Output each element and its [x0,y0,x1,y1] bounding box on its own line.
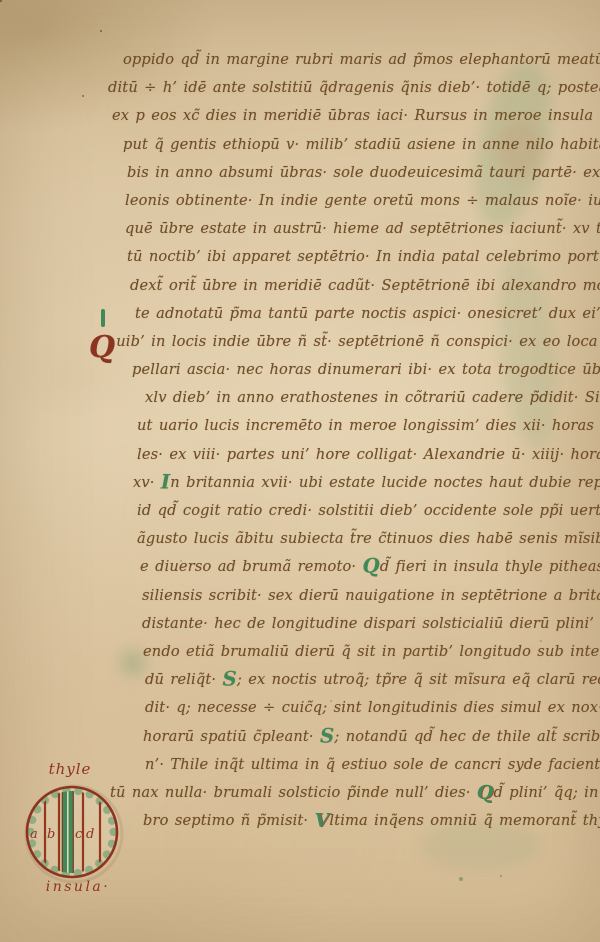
line-text: ãgusto lucis ãbitu subiecta t̃re c̃tinuo… [137,530,600,547]
zone-letter-a: a [30,827,38,842]
manuscript-line: dit· q; necesse ÷ cuic̃q; sint longitudi… [145,694,586,722]
line-text: uib’ in locis indie ūbre ñ st̃· septētri… [116,333,600,350]
line-text: endo etiã brumaliū dierū q̃ sit in parti… [143,643,600,660]
line-text: xlv dieb’ in anno erathostenes in cõtrar… [145,389,600,406]
manuscript-line: Quib’ in locis indie ūbre ñ st̃· septētr… [100,328,586,356]
line-text: ; notandū qd̃ hec de thile alt̃ scribit … [334,728,600,745]
line-text: id qd̃ cogit ratio credi· solstitii dieb… [137,502,600,519]
line-text: ; ex noctis utroq̃; tp̃re q̃ sit mĩsura … [237,671,600,688]
manuscript-page: oppido qd̃ in margine rubri maris ad p̃m… [0,0,600,942]
text-block: oppido qd̃ in margine rubri maris ad p̃m… [100,46,586,835]
manuscript-line: leonis obtinente· In indie gente oretū m… [125,187,586,215]
manuscript-line: tū noctib’ ibi apparet septētrio· In ind… [127,243,586,271]
line-text: ltima inq̃ens omniū q̃ memorant̃ thyle [329,812,600,829]
manuscript-line: e diuerso ad brumã remoto· Qd̃ fieri in … [140,553,586,581]
line-text: ditū ÷ h’ idē ante solstitiū q̃dragenis … [108,79,600,96]
manuscript-line: id qd̃ cogit ratio credi· solstitii dieb… [137,497,586,525]
manuscript-line: bro septimo ñ p̃misit· Vltima inq̃ens om… [143,807,586,835]
manuscript-line: bis in anno absumi ūbras· sole duodeuice… [127,159,586,187]
thyle-island-diagram: a b c d thyle insula· [16,748,132,914]
line-text: siliensis scribit· sex dierū nauigatione… [142,587,600,604]
manuscript-line: distante· hec de longitudine dispari sol… [142,610,586,638]
ink-specks [0,0,2,2]
manuscript-line: horarū spatiū c̃pleant· S; notandū qd̃ h… [143,723,586,751]
line-text: distante· hec de longitudine dispari sol… [142,615,600,632]
decorated-initial: V [315,810,330,832]
manuscript-line: quē ūbre estate in austrū· hieme ad sept… [125,215,586,243]
manuscript-line: oppido qd̃ in margine rubri maris ad p̃m… [123,46,586,74]
line-text: dext̃ orit̃ ūbre in meridiē cadũt· Septē… [130,277,600,294]
manuscript-line: xv· In britannia xvii· ubi estate lucide… [133,469,586,497]
line-text: e diuerso ad brumã remoto· [140,558,363,575]
manuscript-line: te adnotatū p̃ma tantū parte noctis aspi… [135,300,586,328]
decorated-initial: Q [477,781,494,803]
line-text: tū nax nulla· brumali solsticio p̃inde n… [110,784,477,801]
diagram-svg: a b c d thyle insula· [16,748,132,914]
diagram-label-thyle: thyle [49,760,92,778]
manuscript-line: n’· Thile inq̃t ultima in q̃ estiuo sole… [145,751,586,779]
manuscript-line: ditū ÷ h’ idē ante solstitiū q̃dragenis … [108,74,586,102]
manuscript-line: endo etiã brumaliū dierū q̃ sit in parti… [143,638,586,666]
manuscript-line: put q̃ gentis ethiopū v· milib’ stadiū a… [123,131,586,159]
line-text: les· ex viii· partes uni’ hore colligat·… [137,446,600,463]
manuscript-line: dext̃ orit̃ ūbre in meridiē cadũt· Septē… [130,272,586,300]
line-text: te adnotatū p̃ma tantū parte noctis aspi… [135,305,600,322]
line-text: horarū spatiū c̃pleant· [143,728,320,745]
line-text: n’· Thile inq̃t ultima in q̃ estiuo sole… [145,756,600,773]
manuscript-line: dū reliq̃t· S; ex noctis utroq̃; tp̃re q… [145,666,586,694]
line-text: n britannia xvii· ubi estate lucide noct… [170,474,600,491]
zone-letter-c: c [75,827,83,842]
decorated-initial: Q [363,554,380,578]
manuscript-line: ut uario lucis incremēto in meroe longis… [137,412,586,440]
manuscript-line: xlv dieb’ in anno erathostenes in cõtrar… [145,384,586,412]
line-text: oppido qd̃ in margine rubri maris ad p̃m… [123,51,600,68]
diagram-label-insula: insula· [46,879,110,895]
manuscript-line: les· ex viii· partes uni’ hore colligat·… [137,441,586,469]
line-text: quē ūbre estate in austrū· hieme ad sept… [125,220,600,237]
line-text: leonis obtinente· In indie gente oretū m… [125,192,600,209]
line-text: xv· [133,474,161,491]
manuscript-line: pellari ascia· nec horas dinumerari ibi·… [132,356,586,384]
line-text: dū reliq̃t· [145,671,222,688]
decorated-initial: S [320,723,334,747]
line-text: tū noctib’ ibi apparet septētrio· In ind… [127,248,600,265]
line-text: ex p eos xc̃ dies in meridiē ūbras iaci·… [112,107,600,124]
line-text: ut uario lucis incremēto in meroe longis… [137,417,600,434]
decorated-initial: S [222,667,236,691]
manuscript-line: siliensis scribit· sex dierū nauigatione… [142,582,586,610]
line-text: d̃ fieri in insula thyle pitheas mas– [380,558,600,575]
line-text: put q̃ gentis ethiopū v· milib’ stadiū a… [123,136,600,153]
line-text: bro septimo ñ p̃misit· [143,812,315,829]
zone-letter-b: b [47,827,55,842]
line-text: dit· q; necesse ÷ cuic̃q; sint longitudi… [145,699,600,716]
manuscript-line: tū nax nulla· brumali solsticio p̃inde n… [110,779,586,807]
decorated-initial: Q [89,330,115,365]
manuscript-line: ãgusto lucis ãbitu subiecta t̃re c̃tinuo… [137,525,586,553]
line-text: bis in anno absumi ūbras· sole duodeuice… [127,164,600,181]
decorated-initial: I [161,469,170,493]
zone-letter-d: d [86,827,94,842]
line-text: pellari ascia· nec horas dinumerari ibi·… [132,361,600,378]
manuscript-line: ex p eos xc̃ dies in meridiē ūbras iaci·… [112,102,586,130]
line-text: d̃ plini’ q̃q; in li– [493,784,600,801]
